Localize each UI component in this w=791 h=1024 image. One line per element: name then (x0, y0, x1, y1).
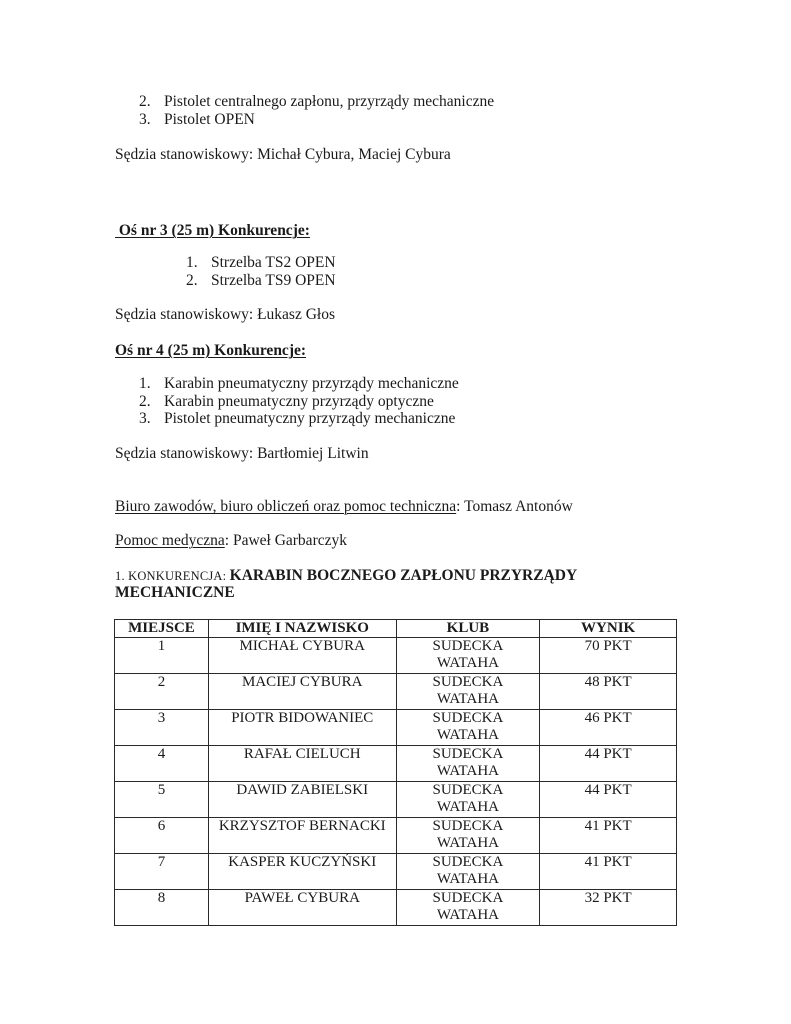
header-score: WYNIK (540, 620, 677, 638)
list-text: Pistolet centralnego zapłonu, przyrządy … (164, 93, 494, 110)
list-number: 1. (139, 375, 164, 393)
list-text: Karabin pneumatyczny przyrządy mechanicz… (164, 375, 459, 392)
club-line2: WATAHA (401, 691, 536, 708)
cell-club: SUDECKAWATAHA (396, 638, 540, 674)
header-club: KLUB (396, 620, 540, 638)
office-staff-line: Biuro zawodów, biuro obliczeń oraz pomoc… (115, 498, 573, 516)
competition-title-line2: MECHANICZNE (115, 584, 235, 602)
list-number: 3. (139, 410, 164, 428)
axis3-list-item-2: 2.Strzelba TS9 OPEN (186, 272, 336, 290)
list-text: Karabin pneumatyczny przyrządy optyczne (164, 393, 434, 410)
header-place: MIEJSCE (115, 620, 209, 638)
cell-score: 44 PKT (540, 782, 677, 818)
axis3-list-item-1: 1.Strzelba TS2 OPEN (186, 254, 336, 272)
table-row: 7KASPER KUCZYŃSKISUDECKAWATAHA41 PKT (115, 854, 677, 890)
table-row: 6KRZYSZTOF BERNACKISUDECKAWATAHA41 PKT (115, 818, 677, 854)
list-text: Pistolet pneumatyczny przyrządy mechanic… (164, 410, 455, 427)
header-name: IMIĘ I NAZWISKO (208, 620, 396, 638)
medical-staff-label: Pomoc medyczna (115, 532, 225, 549)
club-line2: WATAHA (401, 907, 536, 924)
club-line2: WATAHA (401, 763, 536, 780)
club-line2: WATAHA (401, 835, 536, 852)
cell-club: SUDECKAWATAHA (396, 782, 540, 818)
cell-club: SUDECKAWATAHA (396, 854, 540, 890)
cell-score: 48 PKT (540, 674, 677, 710)
cell-club: SUDECKAWATAHA (396, 746, 540, 782)
cell-name: MICHAŁ CYBURA (208, 638, 396, 674)
club-line2: WATAHA (401, 655, 536, 672)
axis2-list-item-3: 3.Pistolet OPEN (139, 111, 255, 129)
competition-prefix: 1. KONKURENCJA: (115, 569, 230, 583)
list-number: 2. (186, 272, 211, 290)
cell-name: KASPER KUCZYŃSKI (208, 854, 396, 890)
table-row: 1MICHAŁ CYBURASUDECKAWATAHA70 PKT (115, 638, 677, 674)
club-line1: SUDECKA (401, 746, 536, 763)
axis4-list-item-3: 3.Pistolet pneumatyczny przyrządy mechan… (139, 410, 455, 428)
table-row: 8PAWEŁ CYBURASUDECKAWATAHA32 PKT (115, 890, 677, 926)
axis4-judge: Sędzia stanowiskowy: Bartłomiej Litwin (115, 445, 369, 463)
list-text: Pistolet OPEN (164, 111, 255, 128)
results-table: MIEJSCE IMIĘ I NAZWISKO KLUB WYNIK 1MICH… (114, 619, 677, 926)
club-line2: WATAHA (401, 799, 536, 816)
cell-club: SUDECKAWATAHA (396, 818, 540, 854)
cell-score: 32 PKT (540, 890, 677, 926)
list-text: Strzelba TS2 OPEN (211, 254, 336, 271)
medical-staff-line: Pomoc medyczna: Paweł Garbarczyk (115, 532, 347, 550)
club-line1: SUDECKA (401, 854, 536, 871)
club-line1: SUDECKA (401, 674, 536, 691)
cell-name: PAWEŁ CYBURA (208, 890, 396, 926)
table-row: 3PIOTR BIDOWANIECSUDECKAWATAHA46 PKT (115, 710, 677, 746)
club-line1: SUDECKA (401, 710, 536, 727)
cell-place: 8 (115, 890, 209, 926)
cell-place: 3 (115, 710, 209, 746)
cell-club: SUDECKAWATAHA (396, 710, 540, 746)
office-staff-label: Biuro zawodów, biuro obliczeń oraz pomoc… (115, 498, 456, 515)
list-text: Strzelba TS9 OPEN (211, 272, 336, 289)
competition-name: KARABIN BOCZNEGO ZAPŁONU PRZYRZĄDY (230, 567, 578, 584)
axis4-heading: Oś nr 4 (25 m) Konkurencje: (115, 342, 306, 360)
list-number: 1. (186, 254, 211, 272)
table-row: 5DAWID ZABIELSKISUDECKAWATAHA44 PKT (115, 782, 677, 818)
table-row: 2MACIEJ CYBURASUDECKAWATAHA48 PKT (115, 674, 677, 710)
office-staff-value: : Tomasz Antonów (456, 498, 573, 515)
axis3-judge: Sędzia stanowiskowy: Łukasz Głos (115, 306, 335, 324)
cell-name: DAWID ZABIELSKI (208, 782, 396, 818)
cell-club: SUDECKAWATAHA (396, 674, 540, 710)
cell-club: SUDECKAWATAHA (396, 890, 540, 926)
cell-name: PIOTR BIDOWANIEC (208, 710, 396, 746)
list-number: 2. (139, 393, 164, 411)
cell-place: 5 (115, 782, 209, 818)
axis4-list-item-2: 2.Karabin pneumatyczny przyrządy optyczn… (139, 393, 434, 411)
competition-title-line1: 1. KONKURENCJA: KARABIN BOCZNEGO ZAPŁONU… (115, 567, 577, 585)
table-row: 4RAFAŁ CIELUCHSUDECKAWATAHA44 PKT (115, 746, 677, 782)
cell-name: RAFAŁ CIELUCH (208, 746, 396, 782)
club-line1: SUDECKA (401, 638, 536, 655)
club-line1: SUDECKA (401, 890, 536, 907)
cell-name: KRZYSZTOF BERNACKI (208, 818, 396, 854)
list-number: 3. (139, 111, 164, 129)
axis2-list-item-2: 2.Pistolet centralnego zapłonu, przyrząd… (139, 93, 494, 111)
cell-score: 46 PKT (540, 710, 677, 746)
cell-place: 4 (115, 746, 209, 782)
cell-place: 7 (115, 854, 209, 890)
club-line2: WATAHA (401, 871, 536, 888)
list-number: 2. (139, 93, 164, 111)
axis2-judge: Sędzia stanowiskowy: Michał Cybura, Maci… (115, 146, 451, 164)
axis3-heading: Oś nr 3 (25 m) Konkurencje: (115, 222, 310, 240)
cell-score: 41 PKT (540, 854, 677, 890)
cell-score: 41 PKT (540, 818, 677, 854)
cell-name: MACIEJ CYBURA (208, 674, 396, 710)
club-line2: WATAHA (401, 727, 536, 744)
axis4-list-item-1: 1.Karabin pneumatyczny przyrządy mechani… (139, 375, 459, 393)
cell-score: 44 PKT (540, 746, 677, 782)
table-header-row: MIEJSCE IMIĘ I NAZWISKO KLUB WYNIK (115, 620, 677, 638)
medical-staff-value: : Paweł Garbarczyk (225, 532, 347, 549)
cell-place: 1 (115, 638, 209, 674)
cell-place: 2 (115, 674, 209, 710)
club-line1: SUDECKA (401, 782, 536, 799)
cell-place: 6 (115, 818, 209, 854)
club-line1: SUDECKA (401, 818, 536, 835)
cell-score: 70 PKT (540, 638, 677, 674)
